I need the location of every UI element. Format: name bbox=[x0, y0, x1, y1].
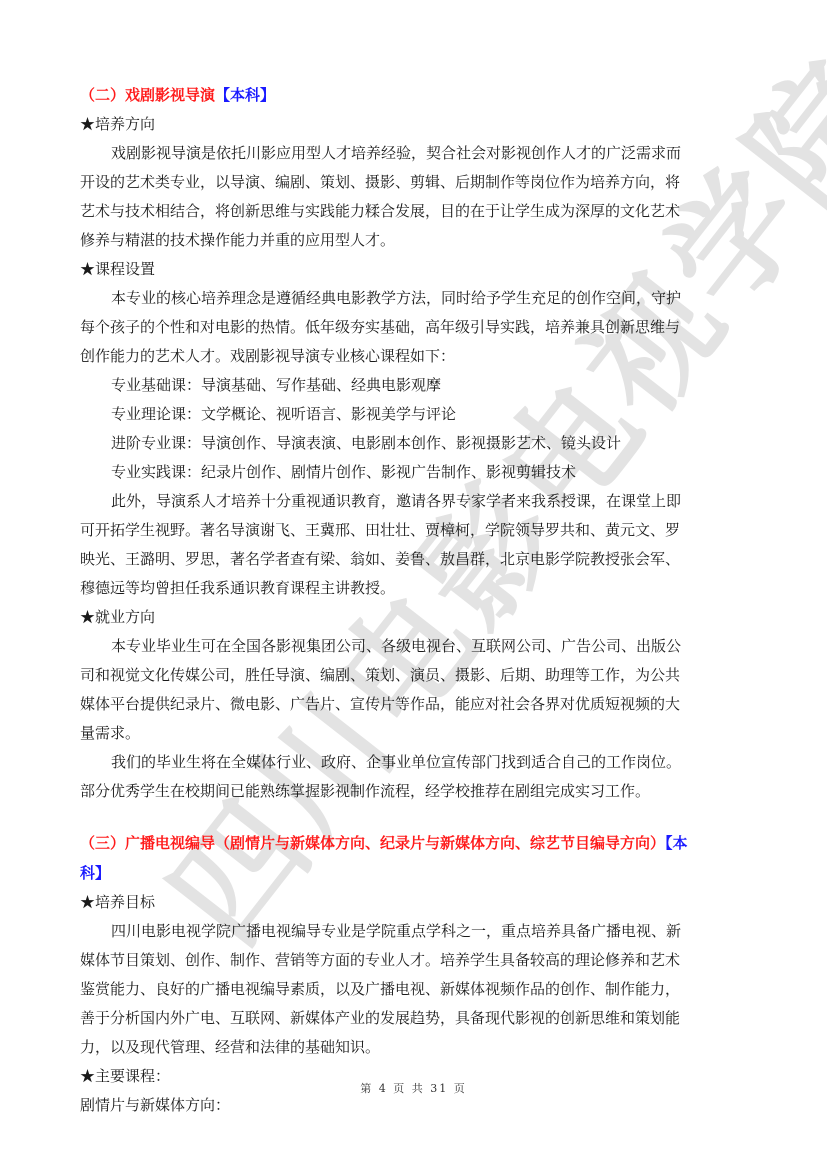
paragraph-line: 部分优秀学生在校期间已能熟练掌握影视制作流程，经学校推荐在剧组完成实习工作。 bbox=[80, 777, 750, 806]
page-content: （二）戏剧影视导演【本科】 ★培养方向 戏剧影视导演是依托川影应用型人才培养经验… bbox=[80, 80, 750, 1120]
paragraph-line: 鉴赏能力、良好的广播电视编导素质，以及广播电视、新媒体视频作品的创作、制作能力， bbox=[80, 975, 750, 1004]
paragraph-line: 力，以及现代管理、经营和法律的基础知识。 bbox=[80, 1033, 750, 1062]
paragraph-line: 映光、王潞明、罗思，著名学者查有梁、翁如、姜鲁、敖昌群，北京电影学院教授张会军、 bbox=[80, 545, 750, 574]
page-footer: 第 4 页 共 31 页 bbox=[0, 1080, 827, 1096]
paragraph-line: 穆德远等均曾担任我系通识教育课程主讲教授。 bbox=[80, 574, 750, 603]
paragraph-line: 每个孩子的个性和对电影的热情。低年级夯实基础，高年级引导实践，培养兼具创新思维与 bbox=[80, 313, 750, 342]
section-heading-broadcasting: （三）广播电视编导（剧情片与新媒体方向、纪录片与新媒体方向、综艺节目编导方向）【… bbox=[80, 828, 750, 858]
paragraph-line: 本专业毕业生可在全国各影视集团公司、各级电视台、互联网公司、广告公司、出版公 bbox=[80, 632, 750, 661]
paragraph-line: 本专业的核心培养理念是遵循经典电影教学方法，同时给予学生充足的创作空间，守护 bbox=[80, 284, 750, 313]
paragraph-line: 司和视觉文化传媒公司，胜任导演、编剧、策划、演员、摄影、后期、助理等工作，为公共 bbox=[80, 661, 750, 690]
paragraph-line: 我们的毕业生将在全媒体行业、政府、企事业单位宣传部门找到适合自己的工作岗位。 bbox=[80, 748, 750, 777]
paragraph-line: 善于分析国内外广电、互联网、新媒体产业的发展趋势，具备现代影视的创新思维和策划能 bbox=[80, 1004, 750, 1033]
paragraph-line: 媒体平台提供纪录片、微电影、广告片、宣传片等作品，能应对社会各界对优质短视频的大 bbox=[80, 690, 750, 719]
subheading-training-direction: ★培养方向 bbox=[80, 110, 750, 139]
course-group-foundation: 专业基础课：导演基础、写作基础、经典电影观摩 bbox=[80, 371, 750, 400]
course-group-theory: 专业理论课：文学概论、视听语言、影视美学与评论 bbox=[80, 400, 750, 429]
paragraph-line: 创作能力的艺术人才。戏剧影视导演专业核心课程如下： bbox=[80, 342, 750, 371]
subheading-employment: ★就业方向 bbox=[80, 603, 750, 632]
paragraph-line: 四川电影电视学院广播电视编导专业是学院重点学科之一，重点培养具备广播电视、新 bbox=[80, 917, 750, 946]
section-heading-directing: （二）戏剧影视导演【本科】 bbox=[80, 80, 750, 110]
paragraph-line: 艺术与技术相结合，将创新思维与实践能力糅合发展，目的在于让学生成为深厚的文化艺术 bbox=[80, 197, 750, 226]
paragraph-line: 修养与精湛的技术操作能力并重的应用型人才。 bbox=[80, 226, 750, 255]
degree-tag: 【本科】 bbox=[215, 86, 275, 104]
degree-tag: 【本 bbox=[665, 834, 688, 852]
paragraph-line: 可开拓学生视野。著名导演谢飞、王冀邢、田壮壮、贾樟柯，学院领导罗共和、黄元文、罗 bbox=[80, 516, 750, 545]
section-heading-broadcasting-cont: 科】 bbox=[80, 858, 750, 888]
course-group-practice: 专业实践课：纪录片创作、剧情片创作、影视广告制作、影视剪辑技术 bbox=[80, 458, 750, 487]
paragraph-line: 媒体节目策划、创作、制作、营销等方面的专业人才。培养学生具备较高的理论修养和艺术 bbox=[80, 946, 750, 975]
paragraph-line: 开设的艺术类专业，以导演、编剧、策划、摄影、剪辑、后期制作等岗位作为培养方向，将 bbox=[80, 168, 750, 197]
paragraph-line: 量需求。 bbox=[80, 719, 750, 748]
degree-tag: 科】 bbox=[80, 864, 110, 882]
section-spacer bbox=[80, 806, 750, 828]
section-heading-text: （二）戏剧影视导演 bbox=[80, 86, 215, 104]
course-group-advanced: 进阶专业课：导演创作、导演表演、电影剧本创作、影视摄影艺术、镜头设计 bbox=[80, 429, 750, 458]
document-page: 四川电影电视学院 （二）戏剧影视导演【本科】 ★培养方向 戏剧影视导演是依托川影… bbox=[0, 0, 827, 1169]
subheading-curriculum: ★课程设置 bbox=[80, 255, 750, 284]
subheading-training-goal: ★培养目标 bbox=[80, 888, 750, 917]
paragraph-line: 戏剧影视导演是依托川影应用型人才培养经验，契合社会对影视创作人才的广泛需求而 bbox=[80, 139, 750, 168]
section-heading-text: （三）广播电视编导（剧情片与新媒体方向、纪录片与新媒体方向、综艺节目编导方向） bbox=[80, 834, 665, 852]
paragraph-line: 此外，导演系人才培养十分重视通识教育，邀请各界专家学者来我系授课，在课堂上即 bbox=[80, 487, 750, 516]
